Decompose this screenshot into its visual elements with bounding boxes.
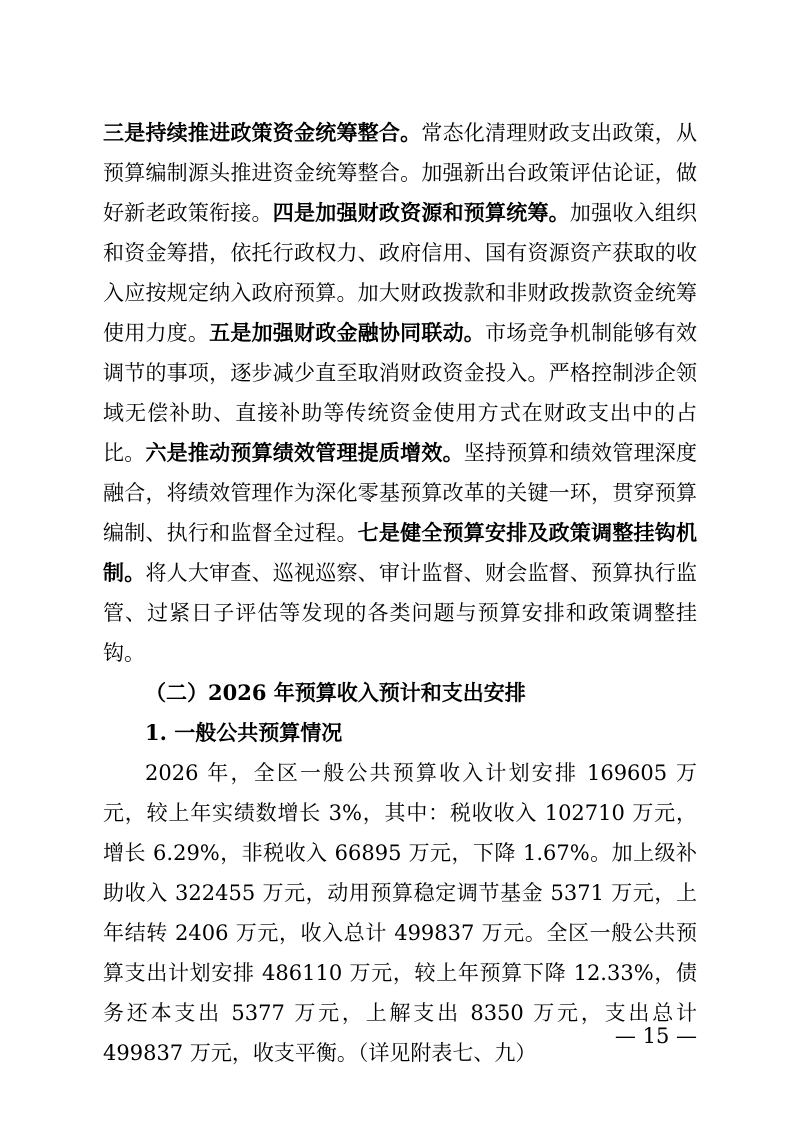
page-body-text: 三是持续推进政策资金统筹整合。常态化清理财政支出政策，从预算编制源头推进资金统筹… — [103, 113, 697, 1073]
measure-7-body: 将人大审查、巡视巡察、审计监督、财会监督、预算执行监管、过紧日子评估等发现的各类… — [103, 561, 697, 665]
general-budget-paragraph: 2026 年，全区一般公共预算收入计划安排 169605 万元，较上年实绩数增长… — [103, 753, 697, 1073]
measure-4-lead: 四是加强财政资源和预算统筹。 — [273, 200, 570, 225]
subsection-heading: 1. 一般公共预算情况 — [103, 713, 697, 753]
section-heading: （二）2026 年预算收入预计和支出安排 — [103, 673, 697, 713]
document-page: 三是持续推进政策资金统筹整合。常态化清理财政支出政策，从预算编制源头推进资金统筹… — [0, 0, 793, 1122]
measure-6-lead: 六是推动预算绩效管理提质增效。 — [145, 440, 463, 465]
policy-measures-paragraph: 三是持续推进政策资金统筹整合。常态化清理财政支出政策，从预算编制源头推进资金统筹… — [103, 113, 697, 673]
measure-3-lead: 三是持续推进政策资金统筹整合。 — [103, 120, 421, 145]
page-number: — 15 — — [615, 1024, 697, 1048]
measure-5-lead: 五是加强财政金融协同联动。 — [209, 320, 485, 345]
